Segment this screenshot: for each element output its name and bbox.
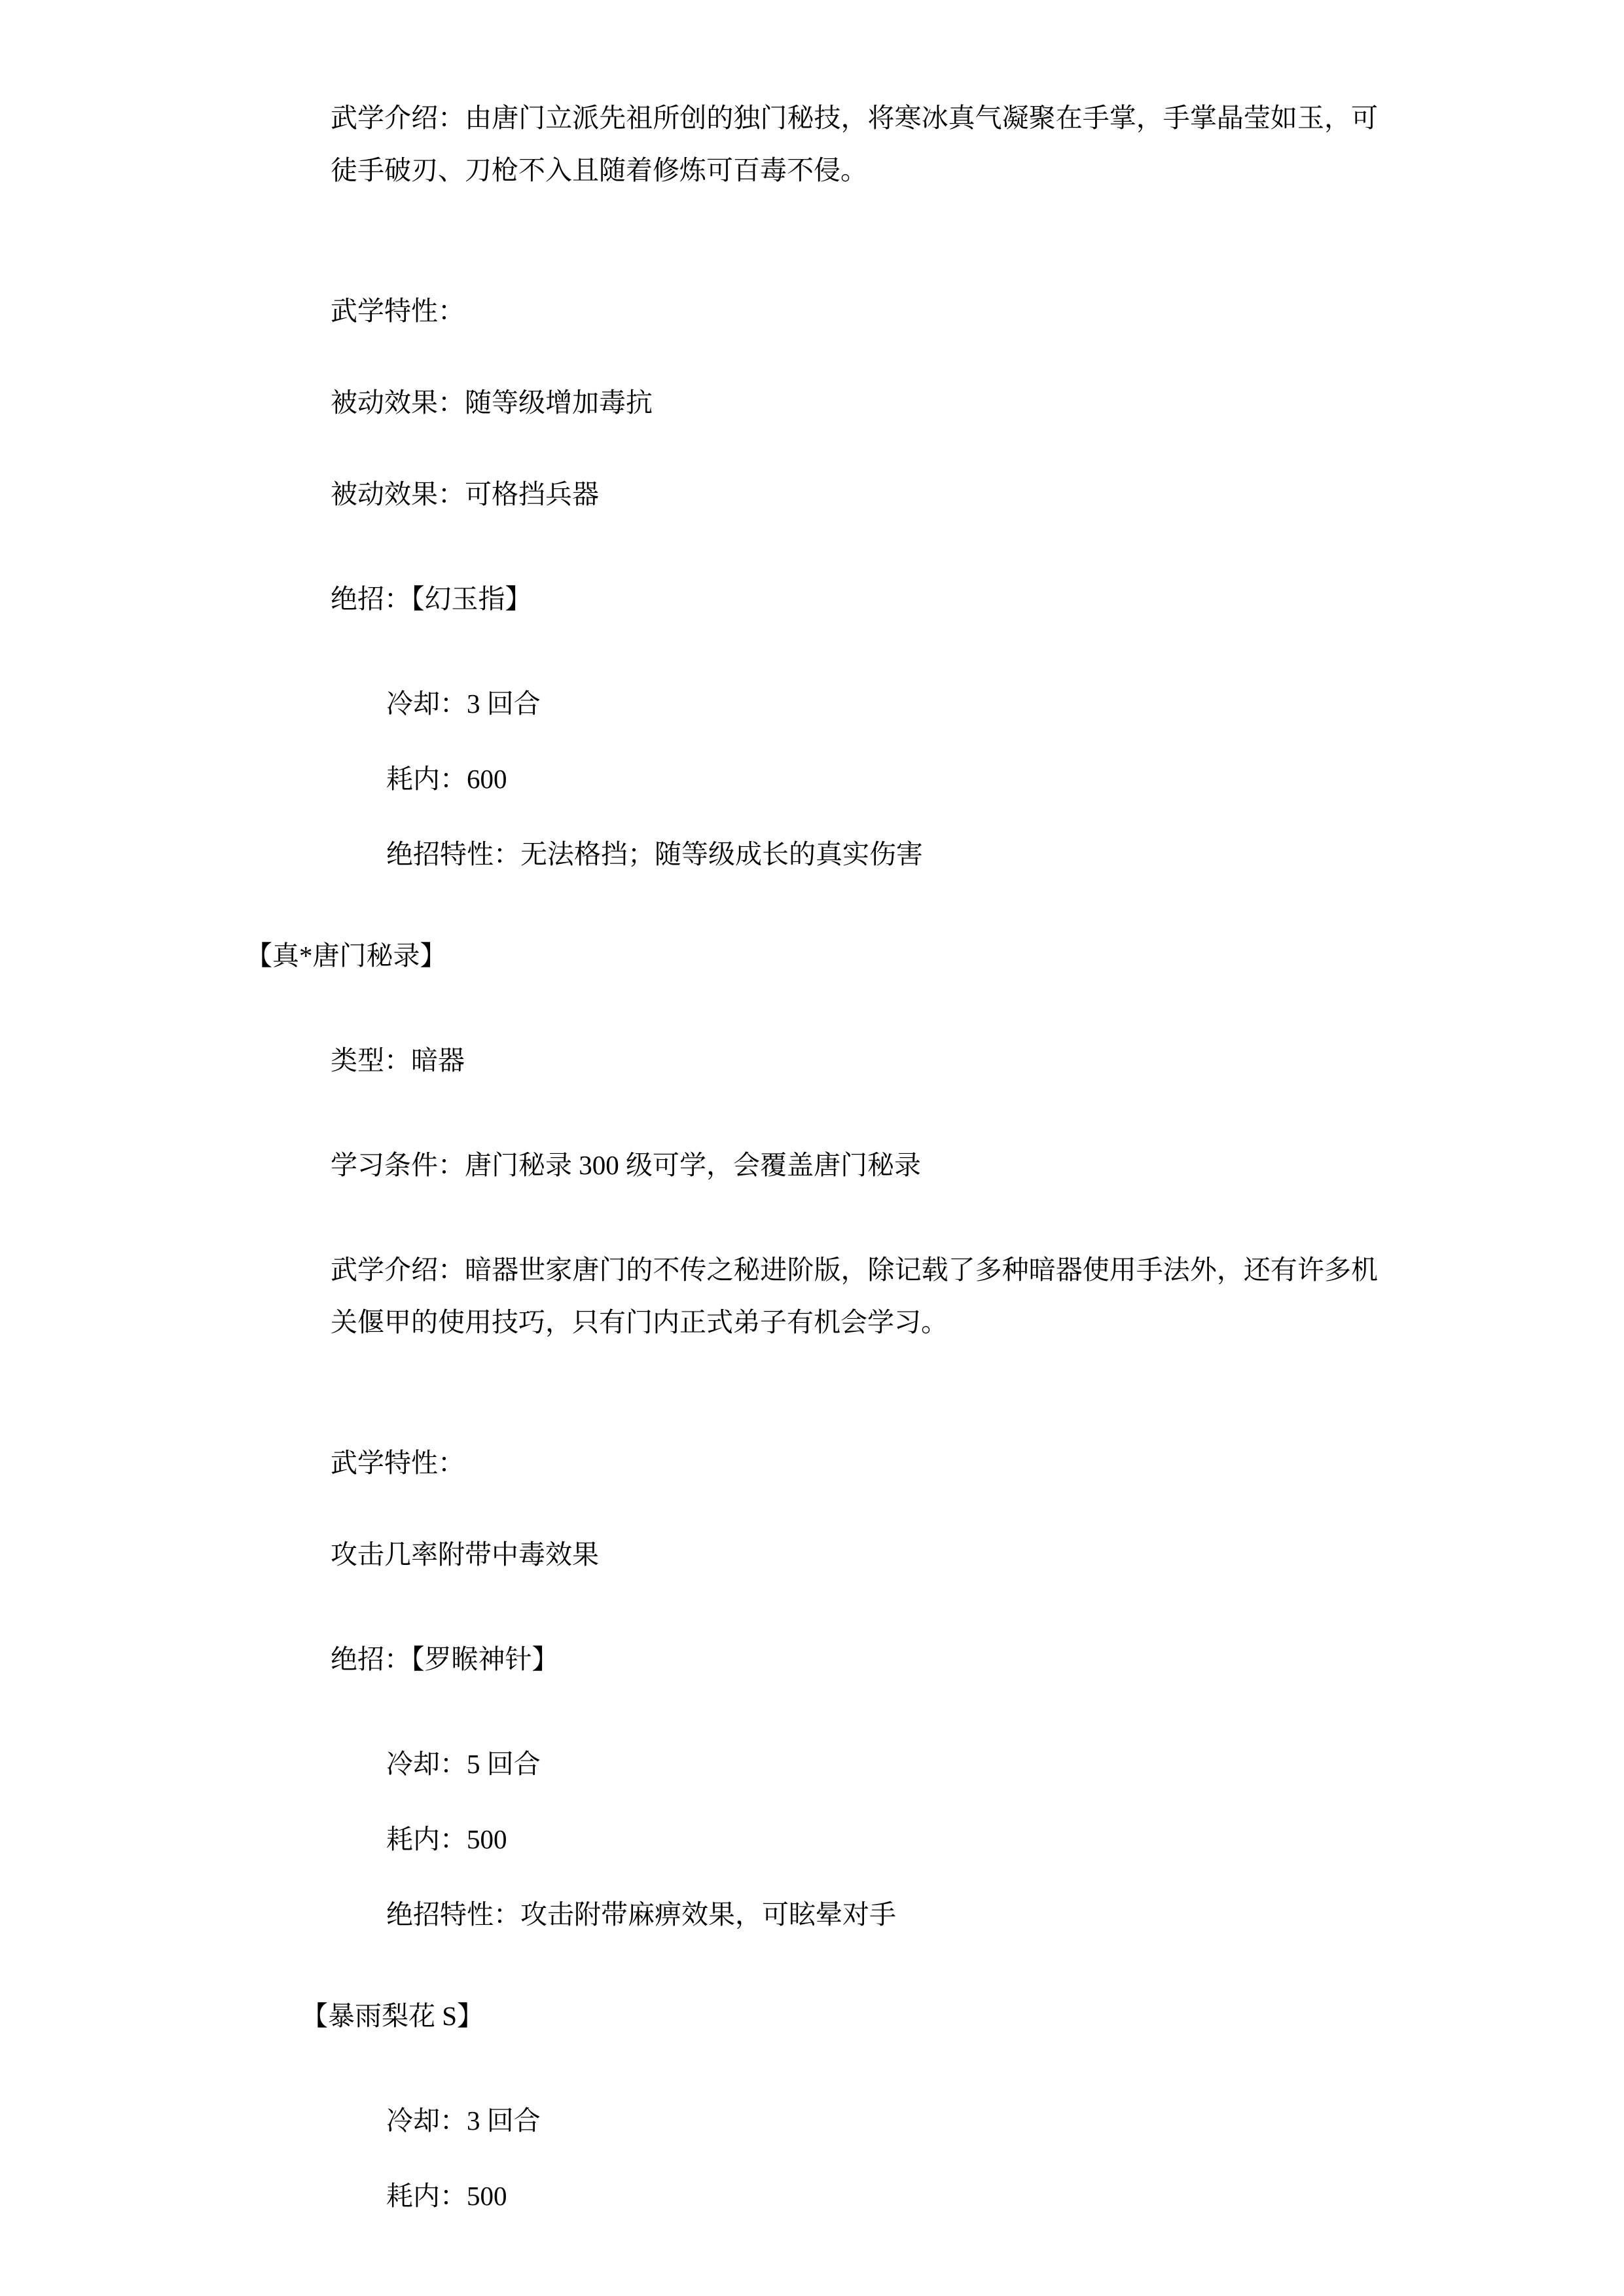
- line-heading: 【真*唐门秘录】: [245, 929, 1378, 982]
- line-ultimate: 绝招：【幻玉指】: [331, 573, 1378, 625]
- line-cost: 耗内：500: [386, 2170, 1378, 2222]
- line-passive: 被动效果：随等级增加毒抗: [331, 376, 1378, 429]
- line-cost: 耗内：600: [386, 753, 1378, 805]
- line-trait: 绝招特性：攻击附带麻痹效果，可眩晕对手: [386, 1888, 1378, 1941]
- line-intro: 武学介绍：由唐门立派先祖所创的独门秘技，将寒冰真气凝聚在手掌，手掌晶莹如玉，可徒…: [331, 92, 1378, 196]
- document-page: 武学介绍：由唐门立派先祖所创的独门秘技，将寒冰真气凝聚在手掌，手掌晶莹如玉，可徒…: [0, 0, 1624, 2296]
- line-passive: 被动效果：可格挡兵器: [331, 468, 1378, 520]
- line-field: 类型：暗器: [331, 1034, 1378, 1086]
- line-field: 学习条件：唐门秘录 300 级可学，会覆盖唐门秘录: [331, 1139, 1378, 1191]
- line-traits-label: 武学特性：: [331, 1437, 1378, 1489]
- line-subheading: 【暴雨梨花 S】: [301, 1990, 1378, 2042]
- line-cooldown: 冷却：5 回合: [386, 1738, 1378, 1790]
- line-cooldown: 冷却：3 回合: [386, 2094, 1378, 2147]
- section-skill-entry-zhen-tangmen-milu: 【真*唐门秘录】类型：暗器学习条件：唐门秘录 300 级可学，会覆盖唐门秘录武学…: [245, 929, 1378, 2222]
- line-cost: 耗内：500: [386, 1813, 1378, 1865]
- line-ultimate: 绝招：【罗睺神针】: [331, 1633, 1378, 1685]
- line-cooldown: 冷却：3 回合: [386, 677, 1378, 730]
- line-intro: 武学介绍：暗器世家唐门的不传之秘进阶版，除记载了多种暗器使用手法外，还有许多机关…: [331, 1244, 1378, 1348]
- line-traits-label: 武学特性：: [331, 285, 1378, 337]
- section-skill-entry-tail: 武学介绍：由唐门立派先祖所创的独门秘技，将寒冰真气凝聚在手掌，手掌晶莹如玉，可徒…: [245, 92, 1378, 880]
- line-trait: 绝招特性：无法格挡；随等级成长的真实伤害: [386, 828, 1378, 880]
- line-passive: 攻击几率附带中毒效果: [331, 1528, 1378, 1581]
